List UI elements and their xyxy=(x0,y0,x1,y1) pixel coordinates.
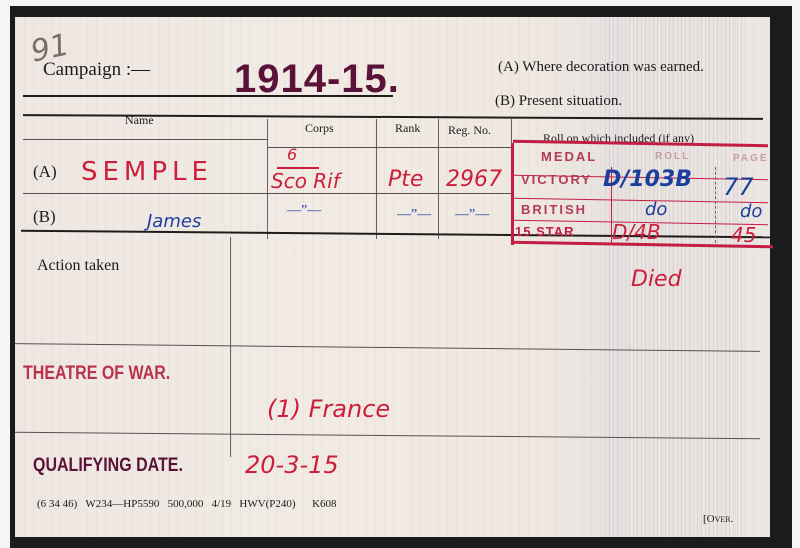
legend-b: (B) Present situation. xyxy=(495,93,622,110)
sub-header-rule xyxy=(268,147,513,148)
page-star: 45 xyxy=(731,223,756,247)
footer-print-code: (6 34 46) W234—HP5590 500,000 4/19 HWV(P… xyxy=(37,498,337,510)
row-a-prefix: (A) xyxy=(33,162,57,182)
roll-star: D/4B xyxy=(612,220,661,244)
medal-british: BRITISH xyxy=(521,202,587,217)
over-note: [Over. xyxy=(703,513,733,525)
divider-corps-rank xyxy=(376,119,377,239)
divider-label-column xyxy=(230,237,231,457)
page-header: PAGE xyxy=(733,153,769,164)
row-a-rule xyxy=(23,193,513,194)
qualifying-label: QUALIFYING DATE. xyxy=(33,455,183,477)
header-rank: Rank xyxy=(395,121,420,136)
corps-value: Sco Rif xyxy=(271,169,340,193)
page-victory: 77 xyxy=(723,173,754,201)
battalion-number: 6 xyxy=(287,145,297,164)
roll-british: do xyxy=(645,199,667,220)
roll-page-divider xyxy=(715,167,717,243)
reg-no-ditto: —”— xyxy=(455,207,489,223)
rank-value: Pte xyxy=(388,167,423,192)
row-b-prefix: (B) xyxy=(33,207,56,227)
name-underline xyxy=(23,139,268,140)
corps-ditto: —”— xyxy=(287,203,321,219)
campaign-label: Campaign :— xyxy=(43,59,150,81)
divider-rank-reg xyxy=(438,119,439,239)
medal-header: MEDAL xyxy=(541,149,597,164)
medal-box-left xyxy=(511,143,514,245)
medal-victory: VICTORY xyxy=(521,172,592,187)
page-british: do xyxy=(740,201,762,222)
rank-ditto: —”— xyxy=(397,207,431,223)
medal-star: 15 STAR xyxy=(515,224,575,239)
roll-victory: D/103B xyxy=(603,167,692,192)
legend-a: (A) Where decoration was earned. xyxy=(498,59,704,76)
theatre-value: (1) France xyxy=(267,395,390,423)
campaign-rule xyxy=(23,95,393,97)
surname: SEMPLE xyxy=(81,157,213,187)
medal-index-card: 91 Campaign :— 1914-15. (A) Where decora… xyxy=(15,17,770,537)
action-label: Action taken xyxy=(37,257,119,275)
reg-no-value: 2967 xyxy=(446,167,502,192)
header-name: Name xyxy=(125,113,154,128)
theatre-label: THEATRE OF WAR. xyxy=(23,363,170,385)
divider-name-corps xyxy=(267,119,268,239)
roll-header: ROLL xyxy=(655,151,690,162)
qualifying-value: 20-3-15 xyxy=(245,451,339,479)
action-note: Died xyxy=(631,267,682,292)
header-reg-no: Reg. No. xyxy=(448,123,491,138)
forename: James xyxy=(147,211,201,232)
header-corps: Corps xyxy=(305,121,334,136)
